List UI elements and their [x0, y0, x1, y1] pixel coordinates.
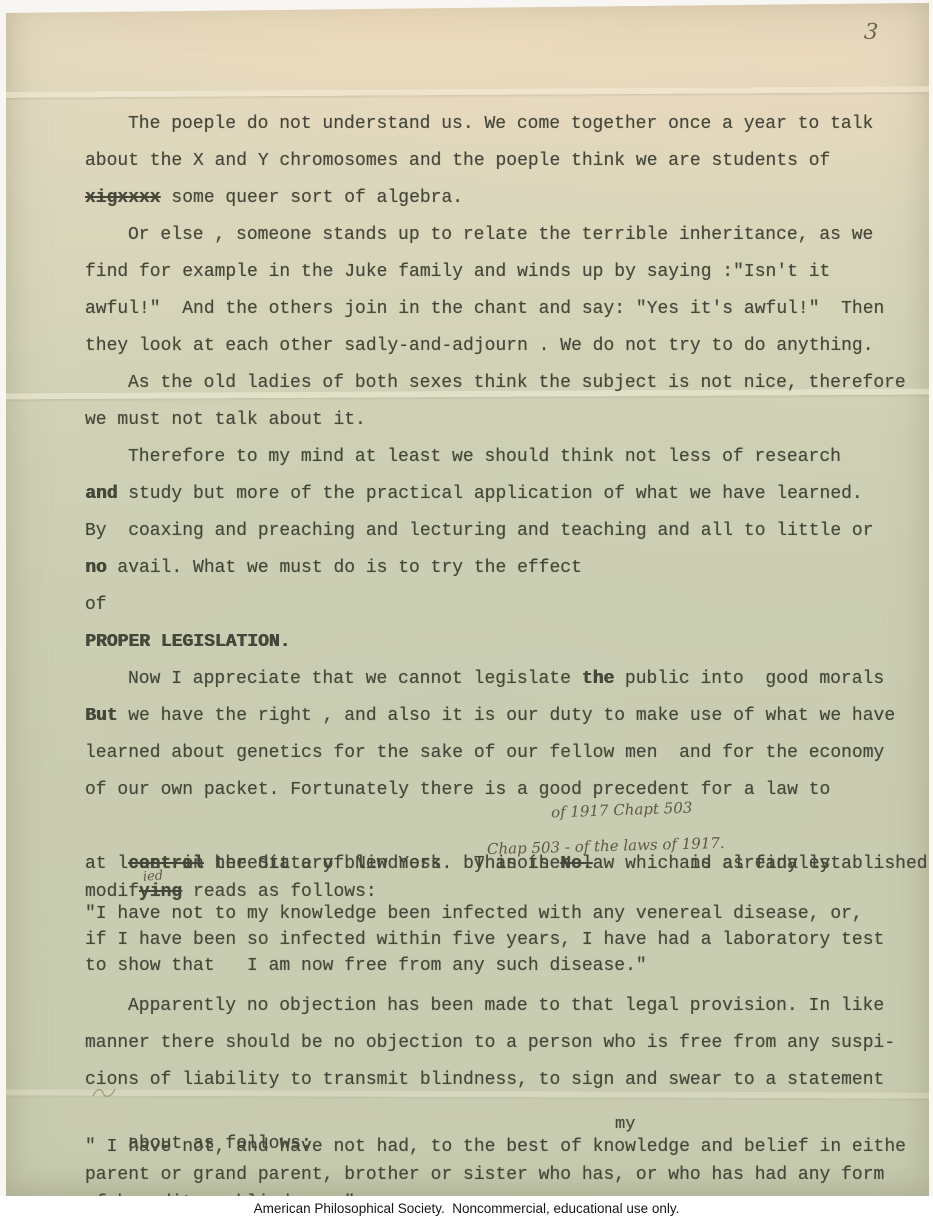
typed-line: Apparently no objection has been made to…: [85, 988, 917, 1025]
pencil-scribble-mark: [91, 1084, 117, 1100]
typed-line-control-law: control heredit ary blindness by another…: [85, 809, 917, 846]
handwritten-annotation-below-law: Chap 503 - of the laws of 1917.: [487, 825, 726, 868]
typed-line: learned about genetics for the sake of o…: [85, 735, 917, 772]
typed-line: manner there should be no objection to a…: [85, 1025, 917, 1062]
typed-line-modified: modifyingied reads as follows:: [85, 883, 917, 901]
typed-line-heading: PROPER LEGISLATION.: [85, 624, 917, 661]
paper-crease: [6, 86, 929, 98]
overstruck-word: the: [582, 669, 614, 689]
typed-text: avail. What we must do is to try the eff…: [107, 558, 582, 578]
overstruck-word: But: [85, 706, 117, 726]
typed-text: study but more of the practical applicat…: [117, 484, 862, 504]
typed-line-quote: if I have been so infected within five y…: [85, 927, 917, 953]
handwritten-page-number: 3: [863, 20, 879, 46]
typed-line: The poeple do not understand us. We come…: [85, 106, 917, 143]
typed-line: As the old ladies of both sexes think th…: [85, 365, 917, 402]
scanned-document-page: { "page": { "number": "3", "caption": "A…: [0, 0, 933, 1224]
typed-line: Now I appreciate that we cannot legislat…: [85, 661, 917, 698]
typed-line: we must not talk about it.: [85, 402, 917, 439]
typed-line: about as follows:: [85, 1099, 917, 1117]
typed-text: modif: [85, 882, 139, 902]
handwritten-correction: ied: [142, 867, 163, 886]
typed-line: of: [85, 587, 917, 624]
typed-line: and study but more of the practical appl…: [85, 476, 917, 513]
typed-line: no avail. What we must do is to try the …: [85, 550, 917, 587]
caption-strip: American Philosophical Society. Noncomme…: [0, 1196, 933, 1224]
typed-line: they look at each other sadly-and-adjour…: [85, 328, 917, 365]
typed-text: public into good morals: [614, 669, 884, 689]
struck-out-word: xigxxxx: [85, 188, 161, 208]
typed-line: By coaxing and preaching and lecturing a…: [85, 513, 917, 550]
typed-text: Now I appreciate that we cannot legislat…: [128, 669, 582, 689]
handwritten-annotation-above-law: of 1917 Chapt 503: [550, 790, 693, 832]
typed-text: some queer sort of algebra.: [161, 188, 463, 208]
typed-line-quote: to show that I am now free from any such…: [85, 953, 917, 979]
typed-line-quote: " I have not, and have not had, to the b…: [85, 1133, 917, 1161]
archive-caption: American Philosophical Society. Noncomme…: [254, 1201, 680, 1216]
typed-text: reads as follows:: [182, 882, 376, 902]
typed-line: Therefore to my mind at least we should …: [85, 439, 917, 476]
typed-insert-word: my: [85, 1117, 917, 1133]
typed-line: xigxxxx some queer sort of algebra.: [85, 180, 917, 217]
typed-line: Or else , someone stands up to relate th…: [85, 217, 917, 254]
typed-line: about the X and Y chromosomes and the po…: [85, 143, 917, 180]
typed-line: of our own packet. Fortunately there is …: [85, 772, 917, 809]
typed-line: cions of liability to transmit blindness…: [85, 1062, 917, 1099]
typed-line: awful!" And the others join in the chant…: [85, 291, 917, 328]
overstruck-word: and: [85, 484, 117, 504]
correction-wrap: yingied: [139, 882, 182, 902]
typed-text-block: The poeple do not understand us. We come…: [85, 106, 917, 1217]
typed-line: But we have the right , and also it is o…: [85, 698, 917, 735]
typed-text: we have the right , and also it is our d…: [117, 706, 895, 726]
overstruck-word: no: [85, 558, 107, 578]
typed-line-quote: "I have not to my knowledge been infecte…: [85, 901, 917, 927]
typed-line-quote: parent or grand parent, brother or siste…: [85, 1161, 917, 1189]
typed-line: find for example in the Juke family and …: [85, 254, 917, 291]
